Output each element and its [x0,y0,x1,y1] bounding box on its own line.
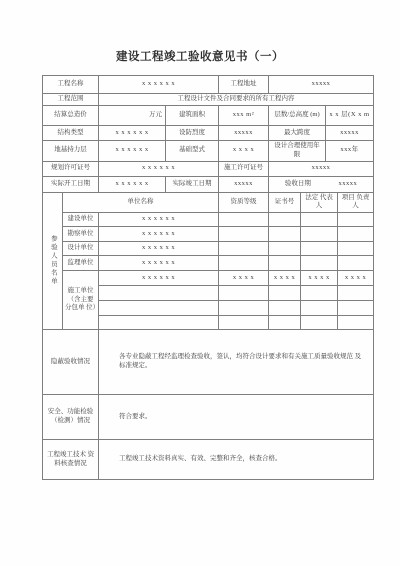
contractor-name-value: x x x x x x [99,271,219,286]
row-scope: 工程范围 工程设计文件及合同要求的所有工程内容 [43,94,374,106]
span-label: 最大跨度 [269,126,326,141]
empty-cell [338,316,374,330]
cost-value: 万元 [99,106,166,126]
row-archive-check: 工程竣工技术 资料核查情况 工程竣工技术资料真实、有效、完整和齐全，核查合格。 [43,440,374,480]
empty-cell [301,301,338,316]
empty-cell [219,227,269,242]
row-structure: 结构类型 x x x x x x 设防烈度 xxxxx 最大跨度 xxxxx [43,126,374,141]
area-value: xxx m² [219,106,269,126]
unit-label: 设计单位 [63,242,99,256]
empty-cell [269,286,301,301]
row-cost-area: 结算总造价 万元 建筑面积 xxx m² 层数/总高度 (m) x x 层(X … [43,106,374,126]
col-header-cert: 证书号 [269,192,301,213]
service-life-value: xxx年 [326,141,374,162]
contractor-cert-value: x x x x [269,271,301,286]
empty-cell [219,256,269,271]
empty-cell [301,227,338,242]
row-units-header: 参验人员名单 单位名称 资质等级 证书号 法定 代表人 项目 负责人 [43,192,374,213]
empty-cell [301,316,338,330]
row-dates: 实际开工日期 x x x x x x 实际竣工日期 xxxxx 验收日期 xxx… [43,176,374,192]
empty-cell [301,213,338,227]
structure-value: x x x x x x [99,126,166,141]
start-date-label: 实际开工日期 [43,176,99,192]
empty-cell [269,213,301,227]
empty-cell [99,286,219,301]
area-label: 建筑面积 [166,106,219,126]
scope-value: 工程设计文件及合同要求的所有工程内容 [99,94,374,106]
empty-cell [338,227,374,242]
row-safety-test: 安全、功能检验 （检测）情况 符合要求。 [43,395,374,440]
unit-label: 监理单位 [63,256,99,271]
empty-cell [301,286,338,301]
foundation-label: 基础型式 [166,141,219,162]
row-project: 工程名称 x x x x x x 工程地址 xxxxx [43,76,374,94]
unit-label: 建设单位 [63,213,99,227]
form-page: 建设工程竣工验收意见书（一） 工程名称 x x x x x x 工程地址 xxx… [0,0,400,566]
empty-cell [338,301,374,316]
contractor-row-1: 施工单位 （含主要 分包单 位） x x x x x x x x x x x x… [43,271,374,286]
seismic-value: xxxxx [219,126,269,141]
unit-name-value: x x x x x x [99,242,219,256]
construction-permit-value: xxxxx [269,161,374,176]
participants-section-cell: 参验人员名单 [43,192,63,330]
hidden-works-text: 各专业隐蔽工程经监理检查验收，签认，均符合设计要求和有关施工质量验收规范 及标准… [99,330,374,395]
unit-label: 勘察单位 [63,227,99,242]
empty-cell [269,242,301,256]
acceptance-date-label: 验收日期 [285,180,311,189]
stratum-value: x x x x x x [99,141,166,162]
empty-cell [301,242,338,256]
empty-cell [338,213,374,227]
scope-label: 工程范围 [43,94,99,106]
row-permits: 规划许可证号 x x x x x x 施工许可证号 xxxxx [43,161,374,176]
foundation-value: x x x x [219,141,269,162]
floors-value: x x 层(X x m [326,106,374,126]
archive-check-text: 工程竣工技术资料真实、有效、完整和齐全，核查合格。 [99,440,374,480]
col-header-grade: 资质等级 [219,192,269,213]
archive-check-label: 工程竣工技术 资料核查情况 [43,440,99,480]
unit-row-construction-owner: 建设单位 x x x x x x [43,213,374,227]
empty-cell [269,227,301,242]
unit-name-value: x x x x x x [99,213,219,227]
unit-row-survey: 勘察单位 x x x x x x [43,227,374,242]
project-address-label: 工程地址 [219,76,269,94]
unit-row-supervision: 监理单位 x x x x x x [43,256,374,271]
structure-label: 结构类型 [43,126,99,141]
construction-permit-label: 施工许可证号 [219,161,269,176]
safety-test-label: 安全、功能检验 （检测）情况 [43,395,99,440]
empty-cell [99,301,219,316]
empty-cell [338,242,374,256]
unit-name-value: x x x x x x [99,256,219,271]
row-hidden-works: 隐蔽验收情况 各专业隐蔽工程经监理检查验收，签认，均符合设计要求和有关施工质量验… [43,330,374,395]
project-name-label: 工程名称 [43,76,99,94]
start-date-value: x x x x x x [99,176,166,192]
span-value: xxxxx [326,126,374,141]
contractor-label: 施工单位 （含主要 分包单 位） [63,271,99,330]
empty-cell [301,256,338,271]
project-address-value: xxxxx [269,76,374,94]
completion-date-label: 实际竣工日期 [166,176,219,192]
stratum-label: 地基持力层 [43,141,99,162]
planning-permit-label: 规划许可证号 [43,161,99,176]
col-header-legal-rep: 法定 代表人 [301,192,338,213]
acceptance-form-table: 工程名称 x x x x x x 工程地址 xxxxx 工程范围 工程设计文件及… [42,75,374,480]
empty-cell [219,301,269,316]
empty-cell [219,213,269,227]
acceptance-date-cell: 验收日期 xxxxx [269,176,374,192]
row-foundation: 地基持力层 x x x x x x 基础型式 x x x x 设计合理使用年 限… [43,141,374,162]
planning-permit-value: x x x x x x [99,161,219,176]
contractor-legal-rep-value: x x x x [301,271,338,286]
unit-row-design: 设计单位 x x x x x x [43,242,374,256]
contractor-leader-value: x x x x [338,271,374,286]
safety-test-text: 符合要求。 [99,395,374,440]
project-name-value: x x x x x x [99,76,219,94]
contractor-grade-value: x x x x [219,271,269,286]
service-life-label: 设计合理使用年 限 [269,141,326,162]
page-title: 建设工程竣工验收意见书（一） [0,0,400,64]
empty-cell [269,256,301,271]
unit-name-value: x x x x x x [99,227,219,242]
participants-section-label: 参验人员名单 [48,235,57,286]
col-header-leader: 项目 负责人 [338,192,374,213]
hidden-works-label: 隐蔽验收情况 [43,330,99,395]
empty-cell [219,242,269,256]
empty-cell [269,301,301,316]
completion-date-value: xxxxx [219,176,269,192]
seismic-label: 设防烈度 [166,126,219,141]
empty-cell [338,256,374,271]
empty-cell [99,316,219,330]
floors-label: 层数/总高度 (m) [269,106,326,126]
col-header-unit-name: 单位名称 [63,192,219,213]
empty-cell [269,316,301,330]
empty-cell [338,286,374,301]
cost-label: 结算总造价 [43,106,99,126]
empty-cell [219,286,269,301]
acceptance-date-value: xxxxx [338,180,357,189]
empty-cell [219,316,269,330]
